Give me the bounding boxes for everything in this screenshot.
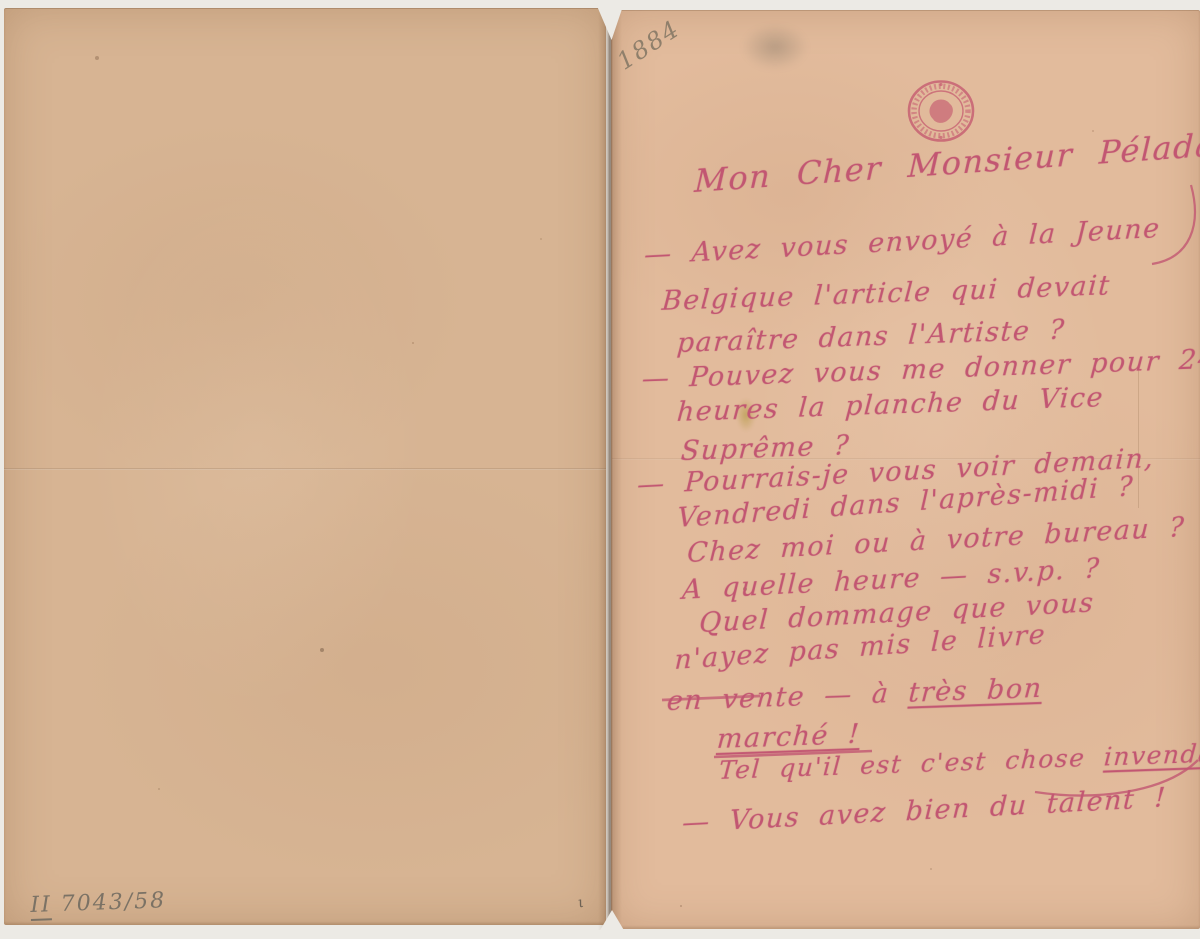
shelfmark-number: 7043/58 bbox=[51, 888, 166, 917]
library-stamp-icon bbox=[905, 78, 977, 144]
shelfmark-roman: II bbox=[30, 892, 52, 921]
center-fold-gutter bbox=[598, 8, 622, 930]
paper-specks bbox=[0, 0, 2, 2]
letter-line: marché ! bbox=[716, 719, 862, 755]
fold-crease-left bbox=[4, 468, 606, 470]
vertical-crease bbox=[1138, 368, 1139, 508]
gray-smudge bbox=[742, 24, 808, 70]
letter-scan: 1884 Mon Cher Monsieur Péladan— Avez vou… bbox=[0, 0, 1200, 939]
left-page bbox=[4, 8, 606, 925]
shelfmark: II 7043/58 bbox=[30, 888, 167, 918]
